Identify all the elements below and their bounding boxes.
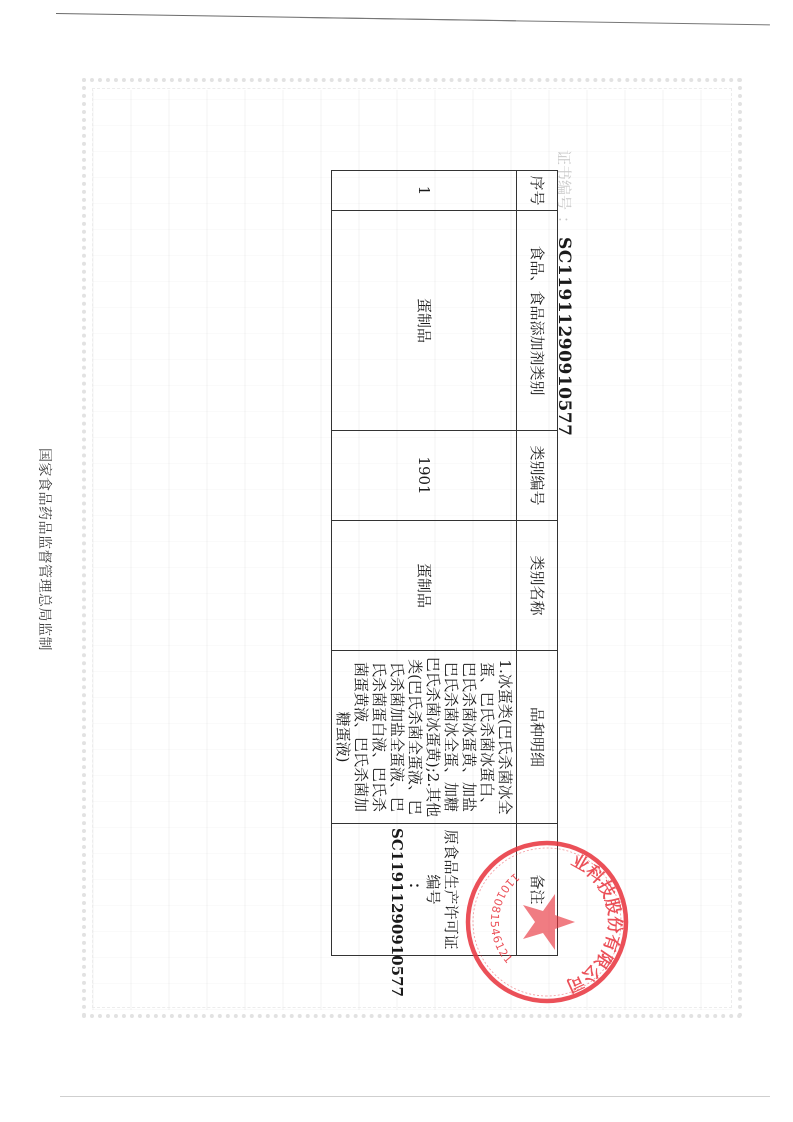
header-variety-details: 品种明细	[517, 651, 558, 824]
remark-value: ：SC11911290910577	[388, 828, 424, 951]
header-category-name: 类别名称	[517, 521, 558, 651]
remark-label: 原食品生产许可证编号	[424, 829, 460, 949]
cell-remark: 原食品生产许可证编号 ：SC11911290910577	[332, 824, 517, 956]
top-scan-edge-right	[300, 17, 770, 25]
table-header-row: 序号 食品、食品添加剂类别 类别编号 类别名称 品种明细 备注	[517, 171, 558, 956]
cell-category-code: 1901	[332, 431, 517, 521]
production-scope-table: 序号 食品、食品添加剂类别 类别编号 类别名称 品种明细 备注 1 蛋制品 19…	[350, 170, 558, 955]
cell-variety-details: 1.冰蛋类(巴氏杀菌冰全蛋、巴氏杀菌冰蛋白、巴氏杀菌冰蛋黄、加盐巴氏杀菌冰全蛋、…	[332, 651, 517, 824]
issuer-footer: 国家食品药品监督管理总局监制	[35, 448, 55, 651]
header-index: 序号	[517, 171, 558, 211]
table-row: 1 蛋制品 1901 蛋制品 1.冰蛋类(巴氏杀菌冰全蛋、巴氏杀菌冰蛋白、巴氏杀…	[332, 171, 517, 956]
bottom-scan-edge	[60, 1096, 770, 1097]
cell-index: 1	[332, 171, 517, 211]
header-food-category: 食品、食品添加剂类别	[517, 211, 558, 431]
cell-category-name: 蛋制品	[332, 521, 517, 651]
header-category-code: 类别编号	[517, 431, 558, 521]
cell-food-category: 蛋制品	[332, 211, 517, 431]
header-remark: 备注	[517, 824, 558, 956]
